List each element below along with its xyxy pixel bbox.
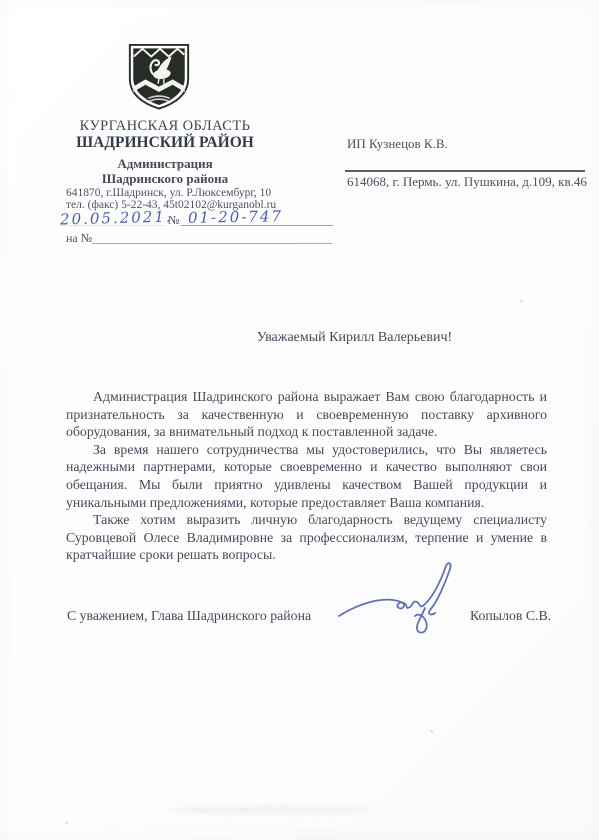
letterhead-org-line2: Шадринского района bbox=[30, 172, 300, 186]
addressee-divider bbox=[345, 156, 585, 172]
letterhead-district: ШАДРИНСКИЙ РАЙОН bbox=[30, 135, 300, 151]
scan-smudge bbox=[170, 806, 370, 814]
scan-speck bbox=[520, 300, 523, 302]
closing-line: С уважением, Глава Шадринского района bbox=[67, 608, 311, 624]
addressee-name: ИП Кузнецов К.В. bbox=[347, 136, 448, 152]
scan-speck bbox=[430, 730, 433, 732]
scan-speck bbox=[65, 822, 68, 824]
addressee-address: 614068, г. Пермь. ул. Пушкина, д.109, кв… bbox=[347, 174, 587, 190]
letterhead-org-line1: Администрация bbox=[30, 157, 300, 171]
incoming-ref-label: на № bbox=[66, 231, 92, 246]
handwritten-date: 20.05.2021. bbox=[60, 208, 173, 229]
paragraph-personal-thanks: Также хотим выразить личную благодарност… bbox=[66, 511, 547, 564]
signer-name: Копылов С.В. bbox=[470, 608, 551, 624]
paragraph-gratitude: Администрация Шадринского района выражае… bbox=[66, 388, 547, 441]
letterhead-region: КУРГАНСКАЯ ОБЛАСТЬ bbox=[30, 119, 300, 134]
shield-icon bbox=[126, 42, 192, 110]
signature-icon bbox=[333, 558, 463, 650]
handwritten-number: 01-20-747 bbox=[188, 207, 283, 227]
letterhead-address: 641870, г.Шадринск, ул. Р.Люксембург, 10 bbox=[66, 187, 271, 199]
paragraph-partnership: За время нашего сотрудничества мы удосто… bbox=[66, 441, 547, 511]
salutation: Уважаемый Кирилл Валерьевич! bbox=[150, 330, 559, 346]
letter-body: Администрация Шадринского района выражае… bbox=[66, 388, 547, 564]
scanned-letter-page: КУРГАНСКАЯ ОБЛАСТЬ ШАДРИНСКИЙ РАЙОН Адми… bbox=[0, 0, 599, 840]
number-sign-label: № bbox=[168, 213, 179, 228]
handwritten-signature bbox=[333, 558, 463, 650]
incoming-ref-underline bbox=[92, 231, 332, 244]
coat-of-arms bbox=[126, 42, 192, 110]
